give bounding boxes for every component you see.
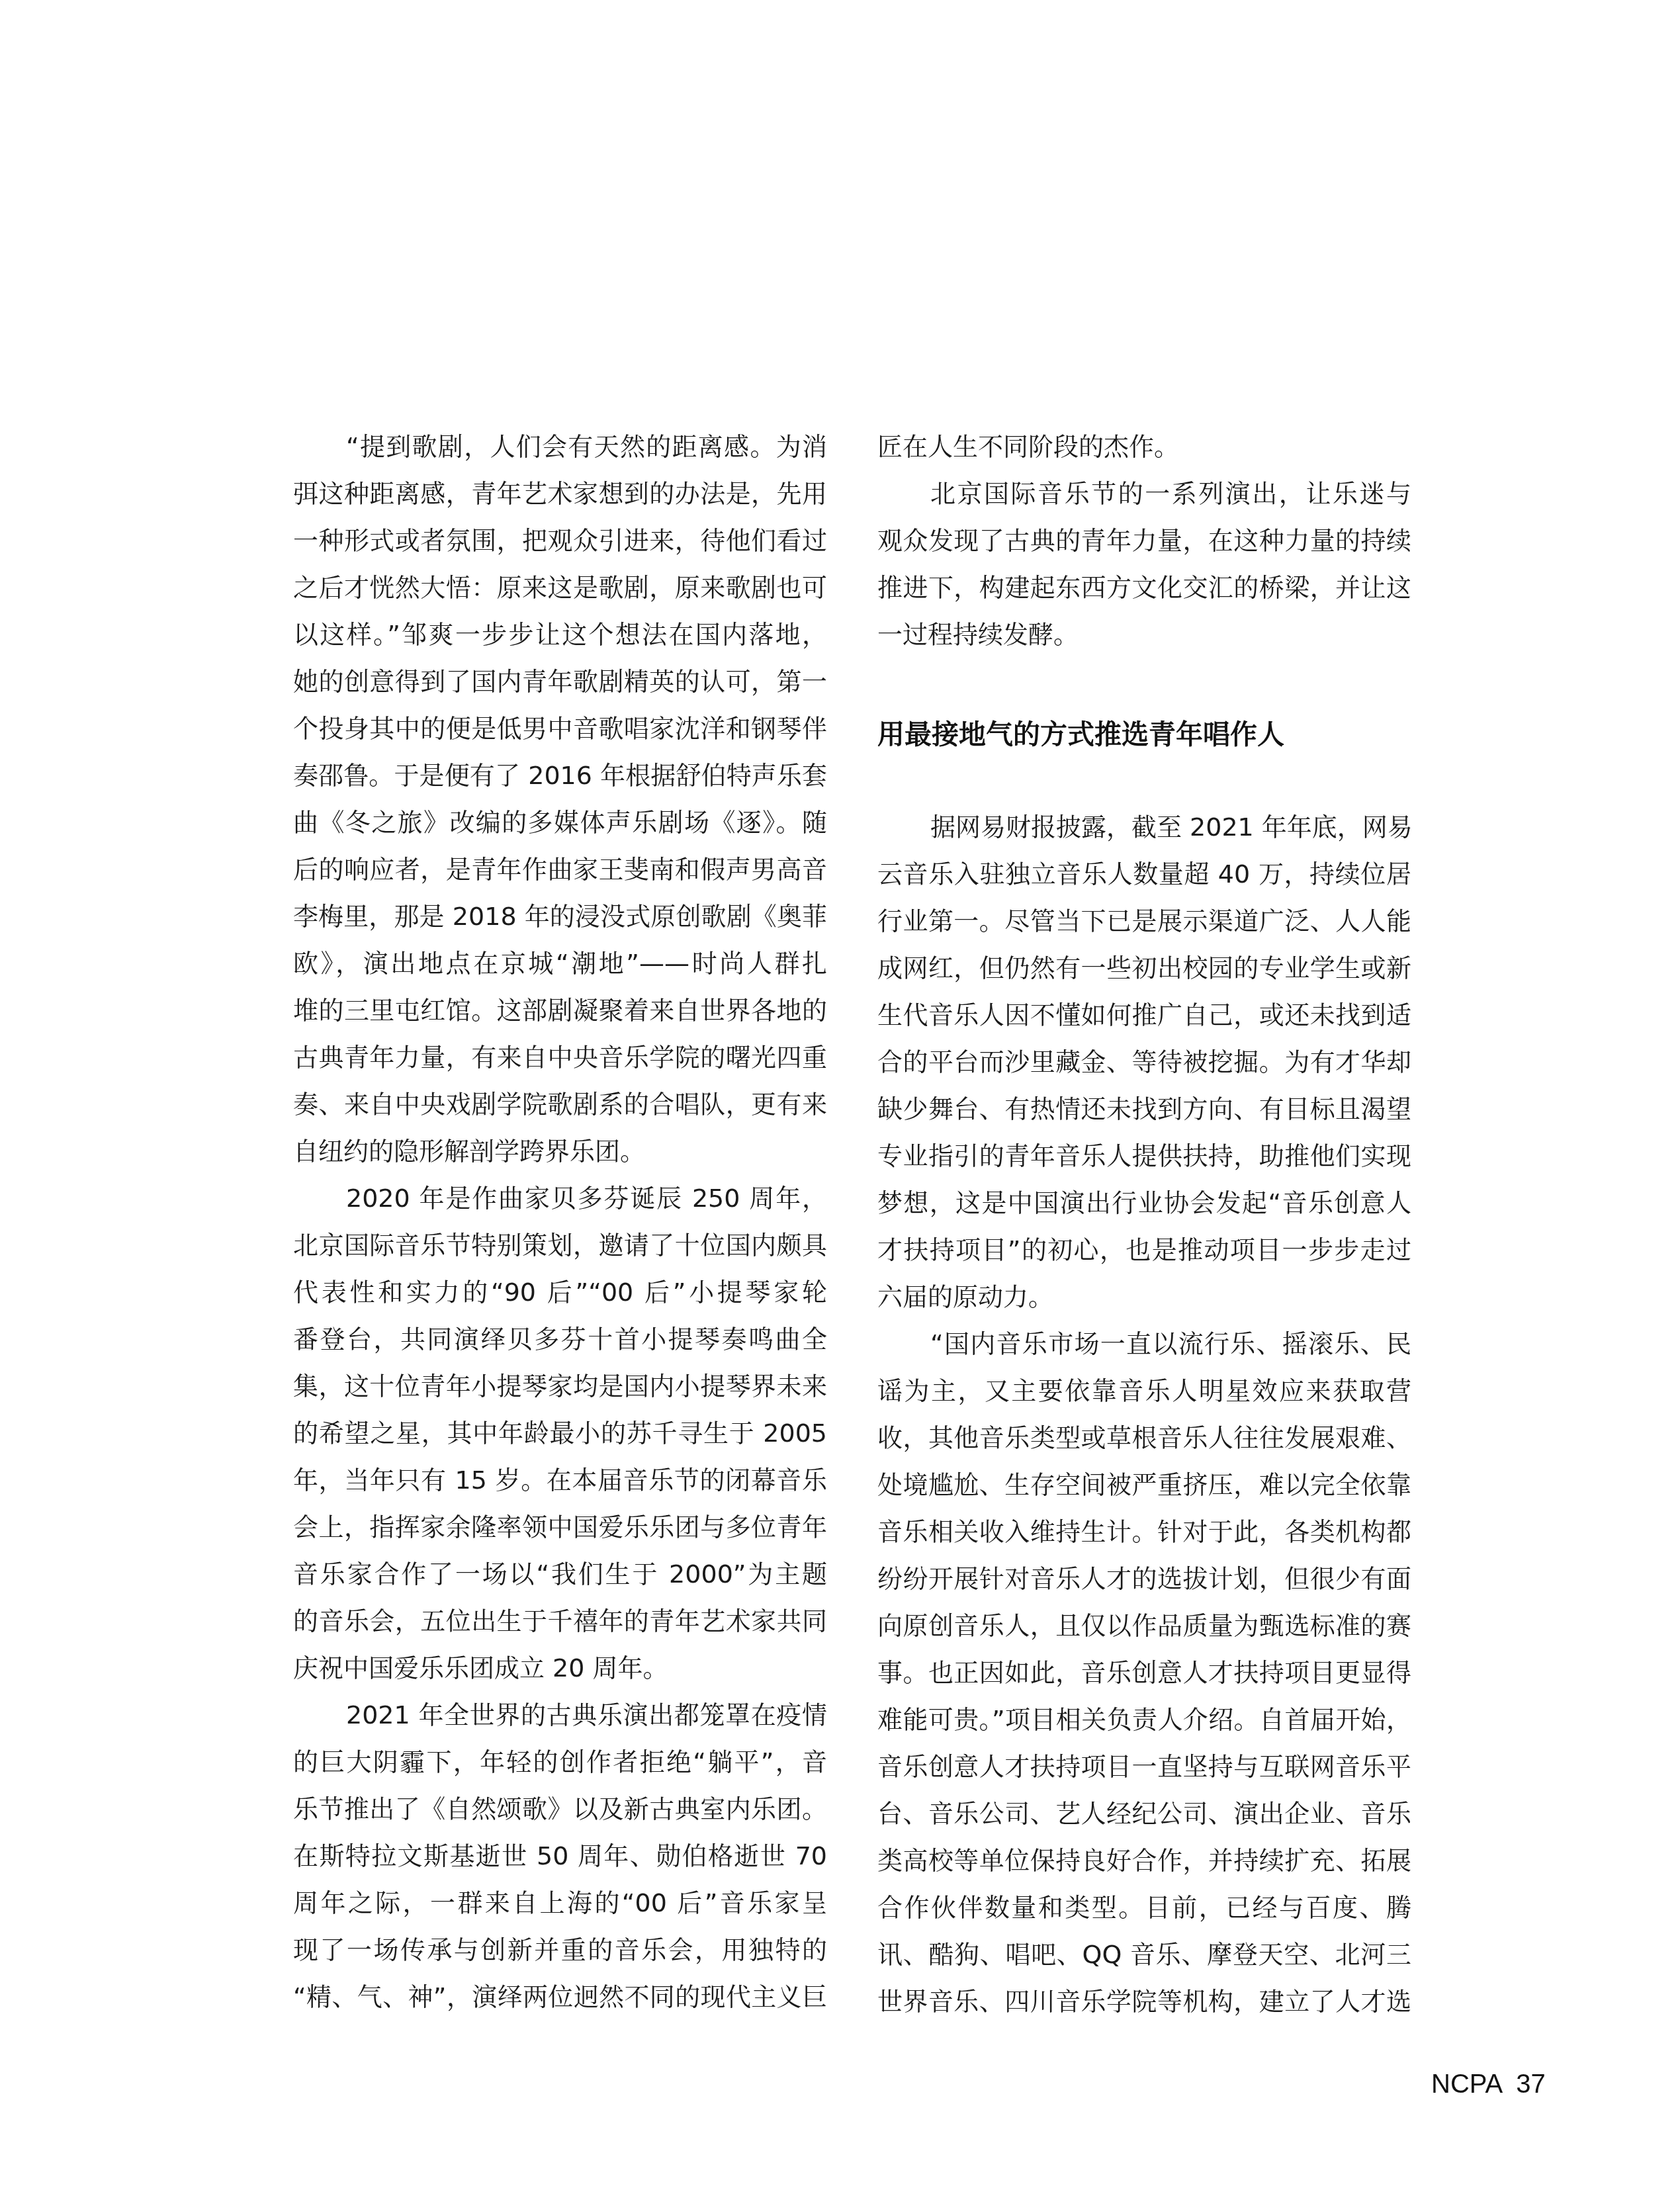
text-line: 现了一场传承与创新并重的音乐会，用独特的 bbox=[293, 1927, 827, 1974]
text-line: 之后才恍然大悟：原来这是歌剧，原来歌剧也可 bbox=[293, 564, 827, 611]
text-line: 2020 年是作曲家贝多芬诞辰 250 周年， bbox=[293, 1175, 827, 1222]
text-line: 台、音乐公司、艺人经纪公司、演出企业、音乐 bbox=[877, 1790, 1411, 1837]
text-line: 向原创音乐人，且仅以作品质量为甄选标准的赛 bbox=[877, 1602, 1411, 1649]
text-line: 讯、酷狗、唱吧、QQ 音乐、摩登天空、北河三 bbox=[877, 1931, 1411, 1978]
text-line: 据网易财报披露，截至 2021 年年底，网易 bbox=[877, 804, 1411, 851]
text-line: 一过程持续发酵。 bbox=[877, 611, 1411, 658]
text-line: 云音乐入驻独立音乐人数量超 40 万，持续位居 bbox=[877, 851, 1411, 898]
text-line: 处境尴尬、生存空间被严重挤压，难以完全依靠 bbox=[877, 1462, 1411, 1509]
text-line: 世界音乐、四川音乐学院等机构，建立了人才选 bbox=[877, 1978, 1411, 2025]
text-line: 一种形式或者氛围，把观众引进来，待他们看过 bbox=[293, 517, 827, 564]
text-line: “精、气、神”，演绎两位迥然不同的现代主义巨 bbox=[293, 1974, 827, 2021]
text-line: 年，当年只有 15 岁。在本届音乐节的闭幕音乐 bbox=[293, 1457, 827, 1504]
text-line: 集，这十位青年小提琴家均是国内小提琴界未来 bbox=[293, 1363, 827, 1410]
text-line: 行业第一。尽管当下已是展示渠道广泛、人人能 bbox=[877, 898, 1411, 945]
right-column: 匠在人生不同阶段的杰作。北京国际音乐节的一系列演出，让乐迷与观众发现了古典的青年… bbox=[877, 423, 1411, 2025]
text-line: 庆祝中国爱乐乐团成立 20 周年。 bbox=[293, 1645, 827, 1692]
text-line: 音乐家合作了一场以“我们生于 2000”为主题 bbox=[293, 1551, 827, 1598]
page-number: 37 bbox=[1516, 2070, 1546, 2099]
text-line: 专业指引的青年音乐人提供扶持，助推他们实现 bbox=[877, 1133, 1411, 1180]
text-line: 观众发现了古典的青年力量，在这种力量的持续 bbox=[877, 517, 1411, 564]
text-line: 收，其他音乐类型或草根音乐人往往发展艰难、 bbox=[877, 1415, 1411, 1462]
text-line: 的巨大阴霾下，年轻的创作者拒绝“躺平”，音 bbox=[293, 1739, 827, 1786]
text-line: 成网红，但仍然有一些初出校园的专业学生或新 bbox=[877, 945, 1411, 992]
text-line: 生代音乐人因不懂如何推广自己，或还未找到适 bbox=[877, 992, 1411, 1039]
text-line: 推进下，构建起东西方文化交汇的桥梁，并让这 bbox=[877, 564, 1411, 611]
text-line: 音乐相关收入维持生计。针对于此，各类机构都 bbox=[877, 1509, 1411, 1555]
text-line: 乐节推出了《自然颂歌》以及新古典室内乐团。 bbox=[293, 1786, 827, 1833]
text-line: 音乐创意人才扶持项目一直坚持与互联网音乐平 bbox=[877, 1743, 1411, 1790]
text-line: “提到歌剧，人们会有天然的距离感。为消 bbox=[293, 423, 827, 470]
spacer bbox=[877, 658, 1411, 711]
text-line: 才扶持项目”的初心，也是推动项目一步步走过 bbox=[877, 1227, 1411, 1274]
page-footer: NCPA37 bbox=[1431, 2070, 1546, 2099]
text-line: 以这样。”邹爽一步步让这个想法在国内落地， bbox=[293, 611, 827, 658]
text-line: 北京国际音乐节的一系列演出，让乐迷与 bbox=[877, 470, 1411, 517]
section-heading: 用最接地气的方式推选青年唱作人 bbox=[877, 711, 1411, 758]
text-line: 欧》，演出地点在京城“潮地”——时尚人群扎 bbox=[293, 940, 827, 987]
text-line: 2021 年全世界的古典乐演出都笼罩在疫情 bbox=[293, 1692, 827, 1739]
text-line: 个投身其中的便是低男中音歌唱家沈洋和钢琴伴 bbox=[293, 705, 827, 752]
text-line: 古典青年力量，有来自中央音乐学院的曙光四重 bbox=[293, 1034, 827, 1081]
text-line: 后的响应者，是青年作曲家王斐南和假声男高音 bbox=[293, 846, 827, 893]
text-line: 会上，指挥家余隆率领中国爱乐乐团与多位青年 bbox=[293, 1504, 827, 1551]
right-column-body: 据网易财报披露，截至 2021 年年底，网易云音乐入驻独立音乐人数量超 40 万… bbox=[877, 804, 1411, 2025]
text-line: 纷纷开展针对音乐人才的选拔计划，但很少有面 bbox=[877, 1555, 1411, 1602]
right-column-intro: 匠在人生不同阶段的杰作。北京国际音乐节的一系列演出，让乐迷与观众发现了古典的青年… bbox=[877, 423, 1411, 658]
text-line: 难能可贵。”项目相关负责人介绍。自首届开始， bbox=[877, 1696, 1411, 1743]
text-line: 奏、来自中央戏剧学院歌剧系的合唱队，更有来 bbox=[293, 1081, 827, 1128]
text-line: 谣为主，又主要依靠音乐人明星效应来获取营 bbox=[877, 1368, 1411, 1415]
text-line: 的希望之星，其中年龄最小的苏千寻生于 2005 bbox=[293, 1410, 827, 1457]
text-line: 六届的原动力。 bbox=[877, 1274, 1411, 1321]
text-line: 她的创意得到了国内青年歌剧精英的认可，第一 bbox=[293, 658, 827, 705]
spacer bbox=[877, 758, 1411, 804]
text-line: 合作伙伴数量和类型。目前，已经与百度、腾 bbox=[877, 1884, 1411, 1931]
text-line: 梦想，这是中国演出行业协会发起“音乐创意人 bbox=[877, 1180, 1411, 1227]
text-line: 奏邵鲁。于是便有了 2016 年根据舒伯特声乐套 bbox=[293, 752, 827, 799]
text-line: 番登台，共同演绎贝多芬十首小提琴奏鸣曲全 bbox=[293, 1316, 827, 1363]
text-line: 合的平台而沙里藏金、等待被挖掘。为有才华却 bbox=[877, 1039, 1411, 1086]
text-line: 类高校等单位保持良好合作，并持续扩充、拓展 bbox=[877, 1837, 1411, 1884]
text-line: 弭这种距离感，青年艺术家想到的办法是，先用 bbox=[293, 470, 827, 517]
text-line: 李梅里，那是 2018 年的浸没式原创歌剧《奥菲 bbox=[293, 893, 827, 940]
publication-name: NCPA bbox=[1431, 2070, 1503, 2099]
text-line: 在斯特拉文斯基逝世 50 周年、勋伯格逝世 70 bbox=[293, 1833, 827, 1880]
text-line: 缺少舞台、有热情还未找到方向、有目标且渴望 bbox=[877, 1086, 1411, 1133]
text-line: 堆的三里屯红馆。这部剧凝聚着来自世界各地的 bbox=[293, 987, 827, 1034]
text-line: 事。也正因如此，音乐创意人才扶持项目更显得 bbox=[877, 1649, 1411, 1696]
text-line: “国内音乐市场一直以流行乐、摇滚乐、民 bbox=[877, 1321, 1411, 1368]
text-line: 曲《冬之旅》改编的多媒体声乐剧场《逐》。随 bbox=[293, 799, 827, 846]
text-line: 匠在人生不同阶段的杰作。 bbox=[877, 423, 1411, 470]
text-line: 的音乐会，五位出生于千禧年的青年艺术家共同 bbox=[293, 1598, 827, 1645]
text-line: 北京国际音乐节特别策划，邀请了十位国内颇具 bbox=[293, 1222, 827, 1269]
left-column: “提到歌剧，人们会有天然的距离感。为消弭这种距离感，青年艺术家想到的办法是，先用… bbox=[293, 423, 827, 2021]
text-line: 代表性和实力的“90 后”“00 后”小提琴家轮 bbox=[293, 1269, 827, 1316]
text-line: 自纽约的隐形解剖学跨界乐团。 bbox=[293, 1128, 827, 1175]
text-line: 周年之际，一群来自上海的“00 后”音乐家呈 bbox=[293, 1880, 827, 1927]
